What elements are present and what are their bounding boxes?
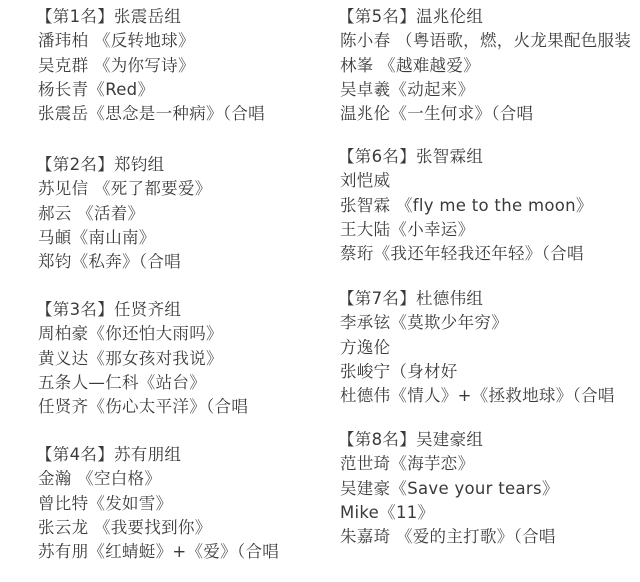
list-item: 潘玮柏 《反转地球》 bbox=[38, 29, 265, 53]
group-header: 【第4名】苏有朋组 bbox=[36, 443, 279, 467]
list-item: 吴建豪《Save your tears》 bbox=[340, 477, 559, 501]
group-rank-7: 【第7名】杜德伟组 李承铉《莫欺少年穷》 方逸伦 张峻宁（身材好 杜德伟《情人》… bbox=[340, 287, 615, 408]
list-item: 五条人—仁科《站台》 bbox=[38, 371, 248, 395]
list-item: 黄义达《那女孩对我说》 bbox=[38, 347, 248, 371]
list-item: 任贤齐《伤心太平洋》（合唱 bbox=[38, 395, 248, 419]
list-item: 张震岳《思念是一种病》（合唱 bbox=[38, 102, 265, 126]
list-item: 陈小春 （粤语歌，燃，火龙果配色服装 bbox=[340, 29, 631, 53]
group-rank-8: 【第8名】吴建豪组 范世琦《海芋恋》 吴建豪《Save your tears》 … bbox=[340, 428, 559, 549]
list-item: 王大陆《小幸运》 bbox=[340, 218, 593, 242]
list-item: 吴卓羲《动起来》 bbox=[340, 78, 631, 102]
list-item: 张峻宁（身材好 bbox=[340, 360, 615, 384]
list-item: 蔡珩《我还年轻我还年轻》（合唱 bbox=[340, 242, 593, 266]
list-item: 金瀚 《空白格》 bbox=[38, 467, 279, 491]
list-item: 苏见信 《死了都要爱》 bbox=[38, 177, 212, 201]
list-item: 范世琦《海芋恋》 bbox=[340, 452, 559, 476]
group-rank-2: 【第2名】郑钧组 苏见信 《死了都要爱》 郝云 《活着》 马頔《南山南》 郑钧《… bbox=[38, 153, 212, 274]
list-item: 杜德伟《情人》+《拯救地球》（合唱 bbox=[340, 384, 615, 408]
list-item: 周柏豪《你还怕大雨吗》 bbox=[38, 322, 248, 346]
group-rank-5: 【第5名】温兆伦组 陈小春 （粤语歌，燃，火龙果配色服装 林峯 《越难越爱》 吴… bbox=[340, 5, 631, 126]
list-item: 李承铉《莫欺少年穷》 bbox=[340, 311, 615, 335]
group-header: 【第6名】张智霖组 bbox=[338, 145, 593, 169]
list-item: 曾比特《发如雪》 bbox=[38, 492, 279, 516]
list-item: 马頔《南山南》 bbox=[38, 226, 212, 250]
group-header: 【第3名】任贤齐组 bbox=[36, 298, 248, 322]
list-item: Mike《11》 bbox=[340, 501, 559, 525]
group-header: 【第7名】杜德伟组 bbox=[338, 287, 615, 311]
group-rank-6: 【第6名】张智霖组 刘恺威 张智霖 《fly me to the moon》 王… bbox=[340, 145, 593, 266]
list-item: 郑钧《私奔》（合唱 bbox=[38, 250, 212, 274]
group-header: 【第8名】吴建豪组 bbox=[338, 428, 559, 452]
group-header: 【第1名】张震岳组 bbox=[36, 5, 265, 29]
group-header: 【第5名】温兆伦组 bbox=[338, 5, 631, 29]
group-rank-4: 【第4名】苏有朋组 金瀚 《空白格》 曾比特《发如雪》 张云龙 《我要找到你》 … bbox=[38, 443, 279, 564]
group-header: 【第2名】郑钧组 bbox=[36, 153, 212, 177]
group-rank-3: 【第3名】任贤齐组 周柏豪《你还怕大雨吗》 黄义达《那女孩对我说》 五条人—仁科… bbox=[38, 298, 248, 419]
list-item: 朱嘉琦 《爱的主打歌》（合唱 bbox=[340, 525, 559, 549]
list-item: 苏有朋《红蜻蜓》+《爱》（合唱 bbox=[38, 540, 279, 564]
list-item: 林峯 《越难越爱》 bbox=[340, 54, 631, 78]
list-item: 郝云 《活着》 bbox=[38, 202, 212, 226]
list-item: 张云龙 《我要找到你》 bbox=[38, 516, 279, 540]
list-item: 张智霖 《fly me to the moon》 bbox=[340, 194, 593, 218]
group-rank-1: 【第1名】张震岳组 潘玮柏 《反转地球》 吴克群 《为你写诗》 杨长青《Red》… bbox=[38, 5, 265, 126]
list-item: 刘恺威 bbox=[340, 169, 593, 193]
list-item: 吴克群 《为你写诗》 bbox=[38, 54, 265, 78]
list-item: 方逸伦 bbox=[340, 336, 615, 360]
list-item: 杨长青《Red》 bbox=[38, 78, 265, 102]
list-item: 温兆伦《一生何求》（合唱 bbox=[340, 102, 631, 126]
